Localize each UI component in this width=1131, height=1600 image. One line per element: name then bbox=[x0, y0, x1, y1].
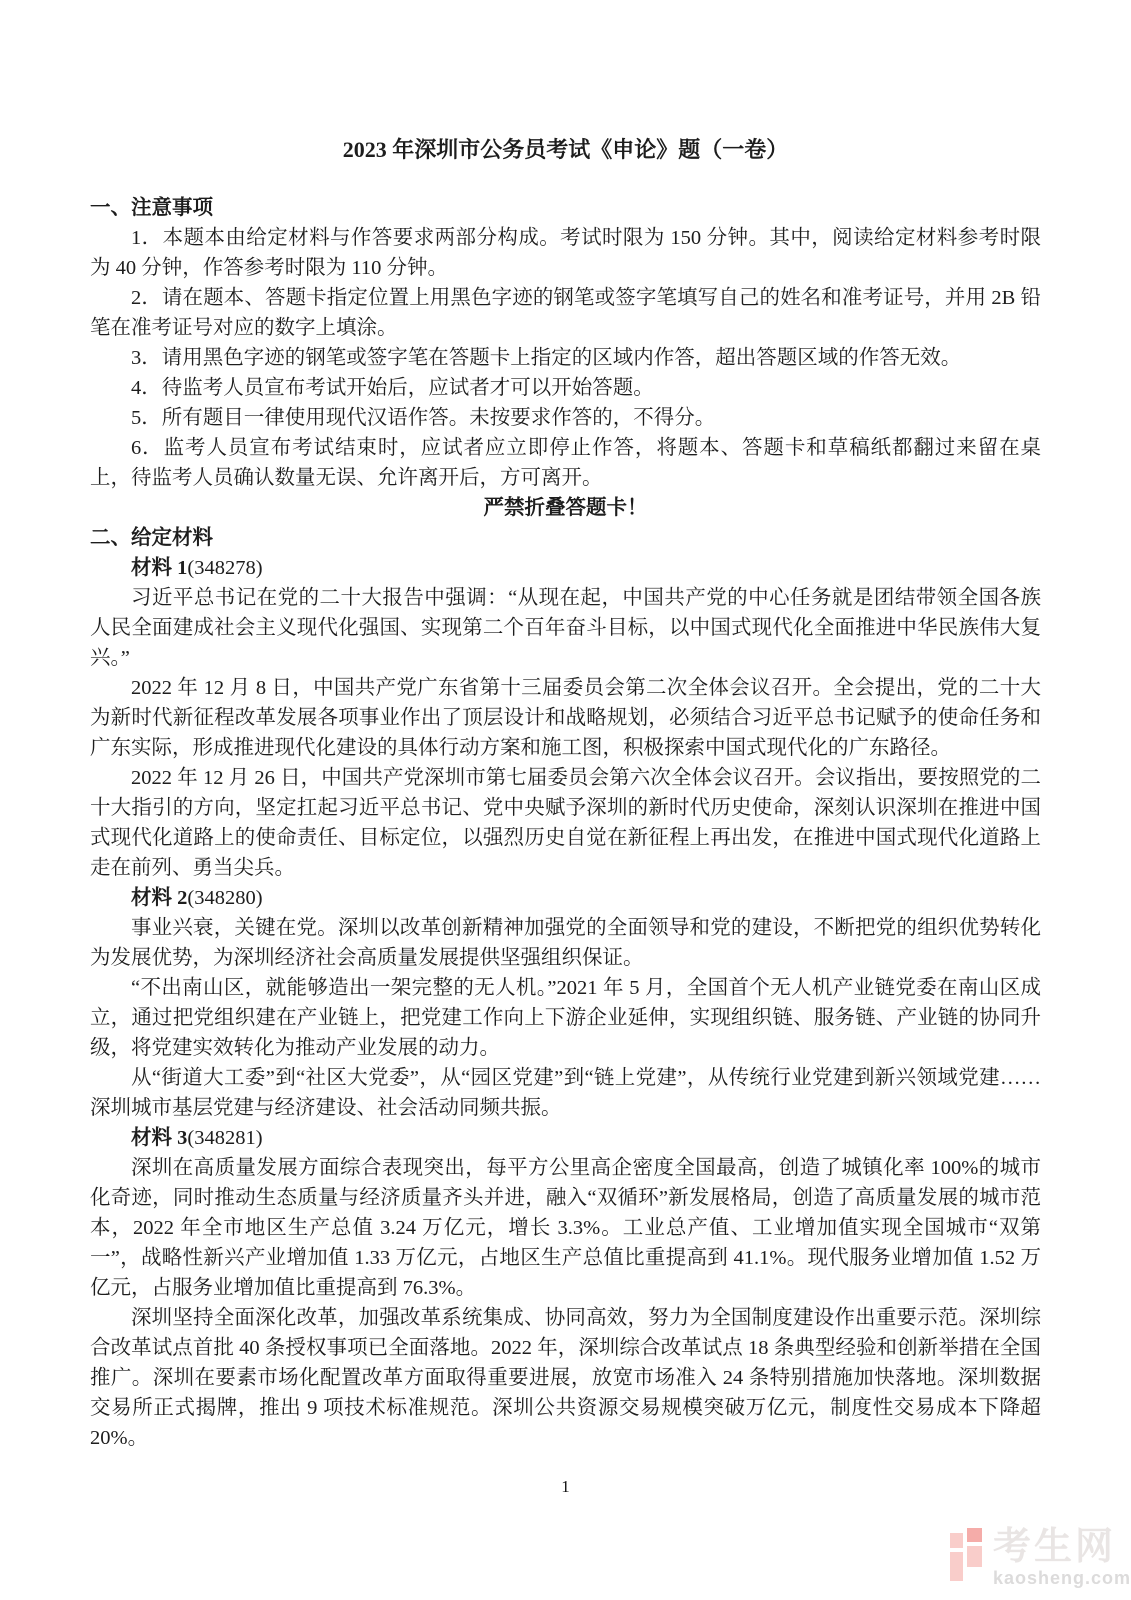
notice-item-4: 4．待监考人员宣布考试开始后，应试者才可以开始答题。 bbox=[90, 373, 1041, 403]
notice-item-2: 2．请在题本、答题卡指定位置上用黑色字迹的钢笔或签字笔填写自己的姓名和准考证号，… bbox=[90, 283, 1041, 343]
material-1-name: 材料 1 bbox=[131, 557, 187, 579]
material-1-code: (348278) bbox=[187, 557, 262, 579]
material-2-label: 材料 2(348280) bbox=[90, 883, 1041, 913]
fold-warning: 严禁折叠答题卡！ bbox=[90, 493, 1041, 523]
kaosheng-logo-icon bbox=[950, 1528, 984, 1584]
material-3-label: 材料 3(348281) bbox=[90, 1123, 1041, 1153]
logo-block-bottom-left bbox=[950, 1552, 963, 1581]
notice-heading: 一、注意事项 bbox=[90, 193, 1041, 223]
material-3-name: 材料 3 bbox=[131, 1127, 187, 1149]
page-number: 1 bbox=[0, 1477, 1131, 1497]
notice-item-6: 6．监考人员宣布考试结束时，应试者应立即停止作答，将题本、答题卡和草稿纸都翻过来… bbox=[90, 433, 1041, 493]
logo-block-bottom-right bbox=[967, 1546, 982, 1567]
material-3-paragraph-2: 深圳坚持全面深化改革，加强改革系统集成、协同高效，努力为全国制度建设作出重要示范… bbox=[90, 1303, 1041, 1453]
material-1-paragraph-3: 2022 年 12 月 26 日，中国共产党深圳市第七届委员会第六次全体会议召开… bbox=[90, 763, 1041, 883]
material-1-paragraph-1: 习近平总书记在党的二十大报告中强调：“从现在起，中国共产党的中心任务就是团结带领… bbox=[90, 583, 1041, 673]
watermark-domain: kaosheng.com bbox=[993, 1568, 1131, 1588]
material-2-name: 材料 2 bbox=[131, 887, 187, 909]
materials-heading: 二、给定材料 bbox=[90, 523, 1041, 553]
material-3-paragraph-1: 深圳在高质量发展方面综合表现突出，每平方公里高企密度全国最高，创造了城镇化率 1… bbox=[90, 1153, 1041, 1303]
material-2-paragraph-3: 从“街道大工委”到“社区大党委”，从“园区党建”到“链上党建”，从传统行业党建到… bbox=[90, 1063, 1041, 1123]
material-2-paragraph-1: 事业兴衰，关键在党。深圳以改革创新精神加强党的全面领导和党的建设，不断把党的组织… bbox=[90, 913, 1041, 973]
material-1-label: 材料 1(348278) bbox=[90, 553, 1041, 583]
kaosheng-watermark: 考生网 kaosheng.com bbox=[950, 1528, 1131, 1588]
logo-block-top-right bbox=[967, 1528, 982, 1542]
notice-item-1: 1．本题本由给定材料与作答要求两部分构成。考试时限为 150 分钟。其中，阅读给… bbox=[90, 223, 1041, 283]
notice-item-3: 3．请用黑色字迹的钢笔或签字笔在答题卡上指定的区域内作答，超出答题区域的作答无效… bbox=[90, 343, 1041, 373]
material-2-paragraph-2: “不出南山区，就能够造出一架完整的无人机。”2021 年 5 月，全国首个无人机… bbox=[90, 973, 1041, 1063]
material-2-code: (348280) bbox=[187, 887, 262, 909]
logo-block-top-left bbox=[950, 1533, 963, 1548]
watermark-text: 考生网 kaosheng.com bbox=[993, 1528, 1131, 1588]
material-3-code: (348281) bbox=[187, 1127, 262, 1149]
page-title: 2023 年深圳市公务员考试《申论》题（一卷） bbox=[90, 135, 1041, 165]
watermark-brand: 考生网 bbox=[993, 1528, 1131, 1566]
material-1-paragraph-2: 2022 年 12 月 8 日，中国共产党广东省第十三届委员会第二次全体会议召开… bbox=[90, 673, 1041, 763]
notice-item-5: 5．所有题目一律使用现代汉语作答。未按要求作答的，不得分。 bbox=[90, 403, 1041, 433]
document-body: 2023 年深圳市公务员考试《申论》题（一卷） 一、注意事项 1．本题本由给定材… bbox=[90, 135, 1041, 1453]
